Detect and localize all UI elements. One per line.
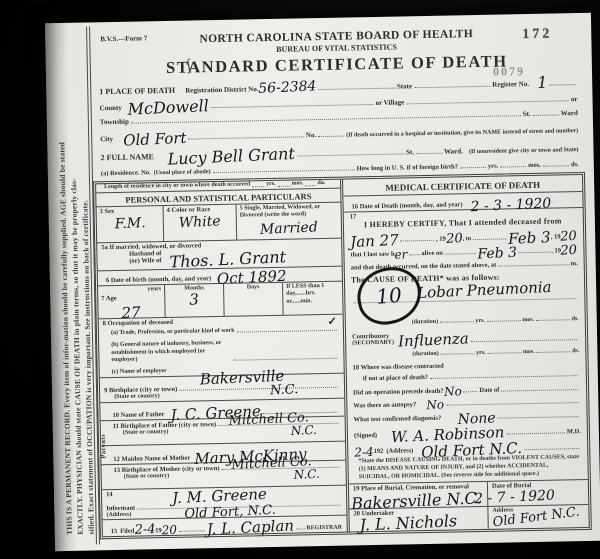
or-suffix: or [571, 95, 578, 103]
code-value: 10 [376, 286, 403, 306]
yrs-label: yrs. [488, 163, 498, 170]
da-label: da. [317, 180, 325, 188]
residence-label: (a) Residence. No. [101, 169, 151, 177]
particulars-table: Length of residence in city or town wher… [93, 172, 592, 539]
register-no-value: 1 [537, 75, 548, 90]
to-word: , to [462, 236, 471, 243]
ward-label: Ward [561, 109, 578, 117]
192-label: 192 [374, 448, 384, 455]
mother-label: 12 Maiden Name of Mother [113, 454, 190, 462]
signed-label: (Signed) [354, 432, 377, 439]
burial-date-cell: Date of Burial 2 - 7 - 1920 [487, 480, 588, 506]
filed-date-value: 2-4 [134, 524, 155, 537]
dob-value: Oct 1892 [217, 270, 287, 287]
md-label: M.D. [567, 428, 581, 435]
city-value: Old Fort [123, 131, 187, 147]
last-saw-value: Feb 3 [477, 247, 517, 261]
registrar-signature: J. L. Caplan [207, 519, 295, 536]
age-months-value: 3 [189, 293, 199, 307]
abode-note: (Usual place of abode) [154, 169, 211, 176]
ds-label: ds. [572, 317, 579, 323]
page-number-stamp: 172 [492, 26, 582, 44]
date-of-label: Date of [479, 387, 499, 394]
filed-label: Filed [120, 528, 134, 535]
years-label: years [147, 286, 161, 292]
certificate-title: STANDARD CERTIFICATE OF DEATH [166, 51, 508, 77]
sex-cell: 3 Sex F.M. [97, 206, 164, 242]
filed-year-value: 20 [162, 525, 178, 536]
full-name-value: Lucy Bell Grant [168, 146, 296, 166]
ds-label: ds. [572, 349, 579, 355]
county-label: County [100, 104, 122, 112]
township-label: Township [100, 118, 129, 127]
mother-birthplace-state: N.C. [293, 469, 320, 481]
burial-place-cell: 19 Place of Burial, Cremation, or remova… [349, 482, 487, 508]
street-label: St. [406, 148, 414, 156]
mos-label: mos. [523, 349, 535, 355]
board-title-block: NORTH CAROLINA STATE BOARD OF HEALTH BUR… [180, 28, 492, 56]
months-cell: Months 3 [164, 284, 224, 317]
ward-label: Ward. [444, 147, 463, 155]
sex-value: F.M. [114, 217, 145, 231]
burial-date-value: 2 - 7 - 1920 [474, 490, 555, 506]
check-mark: ✓ [327, 314, 336, 327]
wife-of-label: (or) Wife of [102, 257, 162, 265]
operation-value: No [443, 386, 461, 398]
mos-label: mos. [522, 317, 534, 323]
yrs-label: yrs. [266, 181, 276, 189]
register-no-label: Register No. [492, 80, 529, 89]
undertaker-cell: 20 Undertaker J. L. Nichols [349, 507, 487, 532]
or-village-label: or Village [375, 98, 404, 107]
informant-row: 14 J. M. Greene Informant Old Fort, N.C.… [102, 485, 347, 520]
race-cell: 4 Color or Race White [163, 205, 237, 241]
alive-on-label: alive on [421, 250, 443, 257]
scanned-document: THIS IS A PERMANENT RECORD. Every item o… [0, 0, 600, 559]
full-name-label: 2 FULL NAME [100, 152, 154, 162]
burial-row: 19 Place of Burial, Cremation, or remova… [349, 479, 588, 508]
medical-column: MEDICAL CERTIFICATE OF DEATH 16 Date of … [343, 175, 589, 532]
mos-label: mos. [528, 162, 541, 169]
undertaker-row: 20 Undertaker J. L. Nichols Address Old … [349, 504, 588, 532]
last-saw-pronoun: er [394, 249, 407, 260]
contributory-value: Influenza [398, 332, 469, 349]
address-label: (Address) [386, 448, 413, 456]
number-label: No. [306, 131, 316, 139]
dob-label: 6 Date of birth (month, day, and year) [106, 275, 211, 284]
city-label: City [100, 135, 113, 143]
age-label: 7 Age [101, 295, 116, 302]
undertaker-address-cell: Address Old Fort N.C. [487, 505, 588, 529]
where-contracted-label-2: if not at place of death? [363, 374, 428, 382]
personal-column: Length of residence in city or town wher… [96, 180, 350, 537]
certificate-form: B.V.S.—Form 7 NORTH CAROLINA STATE BOARD… [89, 17, 592, 544]
attended-from-value: Jan 27 [350, 234, 399, 250]
yrs-label: yrs. [475, 318, 485, 324]
physician-address-value: Old Fort N.C. [421, 442, 522, 460]
reg-district-value: 56-2384 [258, 81, 317, 96]
race-value: White [179, 215, 221, 229]
autopsy-label: Was there an autopsy? [353, 402, 416, 410]
occupation-c-label: (c) Name of employer [112, 368, 167, 377]
certificate-paper: THIS IS A PERMANENT RECORD. Every item o… [45, 13, 600, 551]
autopsy-value: No [426, 399, 444, 411]
days-cell: Days [223, 282, 283, 315]
street-label: St. [523, 110, 531, 118]
certify-block: 17 I HEREBY CERTIFY, That I attended dec… [344, 208, 588, 456]
county-value: McDowell [128, 99, 210, 117]
ds-label: ds. [571, 161, 579, 168]
secondary-label: (SECONDARY) [352, 340, 398, 347]
father-birthplace-state: N.C. [291, 425, 318, 437]
parents-group: Parents 10 Name of Father J. C. Greene M… [100, 398, 346, 490]
duration-label: (duration) [412, 351, 438, 358]
place-of-death-label: 1 PLACE OF DEATH [99, 86, 185, 97]
signed-date-fragment: 2-4 [354, 446, 374, 458]
yrs-label: yrs. [476, 350, 486, 356]
undertaker-signature: J. L. Nichols [359, 514, 457, 533]
sex-race-marital-row: 3 Sex F.M. 4 Color or Race White 5 Singl… [97, 203, 342, 244]
attended-from-year: 20 [446, 233, 463, 245]
duration-label: (duration) [412, 319, 438, 326]
age-cell: 7 Age years 27 [98, 285, 165, 318]
m-label: m. [571, 261, 578, 268]
less-than-day-cell: If LESS than 1 day,......hrs. or......mi… [282, 281, 343, 314]
faint-number-stamp: 0079 [493, 64, 525, 80]
father-birthplace-row: Mitchell Co. N.C. 11 Birthplace of Fathe… [101, 416, 345, 446]
occupation-b-label: (b) General nature of industry, business… [111, 340, 231, 365]
birthplace-state-value: N.C. [270, 384, 299, 397]
last-saw-year: 20 [561, 245, 578, 257]
last-saw-label: that I last saw h [350, 251, 394, 259]
registrar-label: REGISTRAR [306, 525, 342, 532]
father-label: 10 Name of Father [112, 411, 164, 419]
19-prefix: , 19 [436, 236, 446, 243]
date-of-death-label: 16 Date of Death (month, day, and year) [352, 202, 463, 211]
how-long-note: How long in U. S. if of foreign birth? [357, 163, 458, 172]
mos-label: mos. [292, 181, 304, 189]
attended-to-year: 20 [560, 231, 577, 243]
form-number: B.V.S.—Form 7 [100, 34, 180, 44]
less-than-day-note: If LESS than 1 day,......hrs. or......mi… [286, 282, 339, 306]
marital-value: Married [260, 221, 318, 236]
state-label: State [397, 82, 412, 90]
reg-district-label: Registration District No. [185, 85, 258, 94]
filed-number: 15 [111, 528, 118, 535]
marital-cell: 5 Single, Married, Widowed, or Divorced … [235, 203, 341, 240]
cause-area: 10 Lobar Pneumonia [351, 281, 579, 315]
